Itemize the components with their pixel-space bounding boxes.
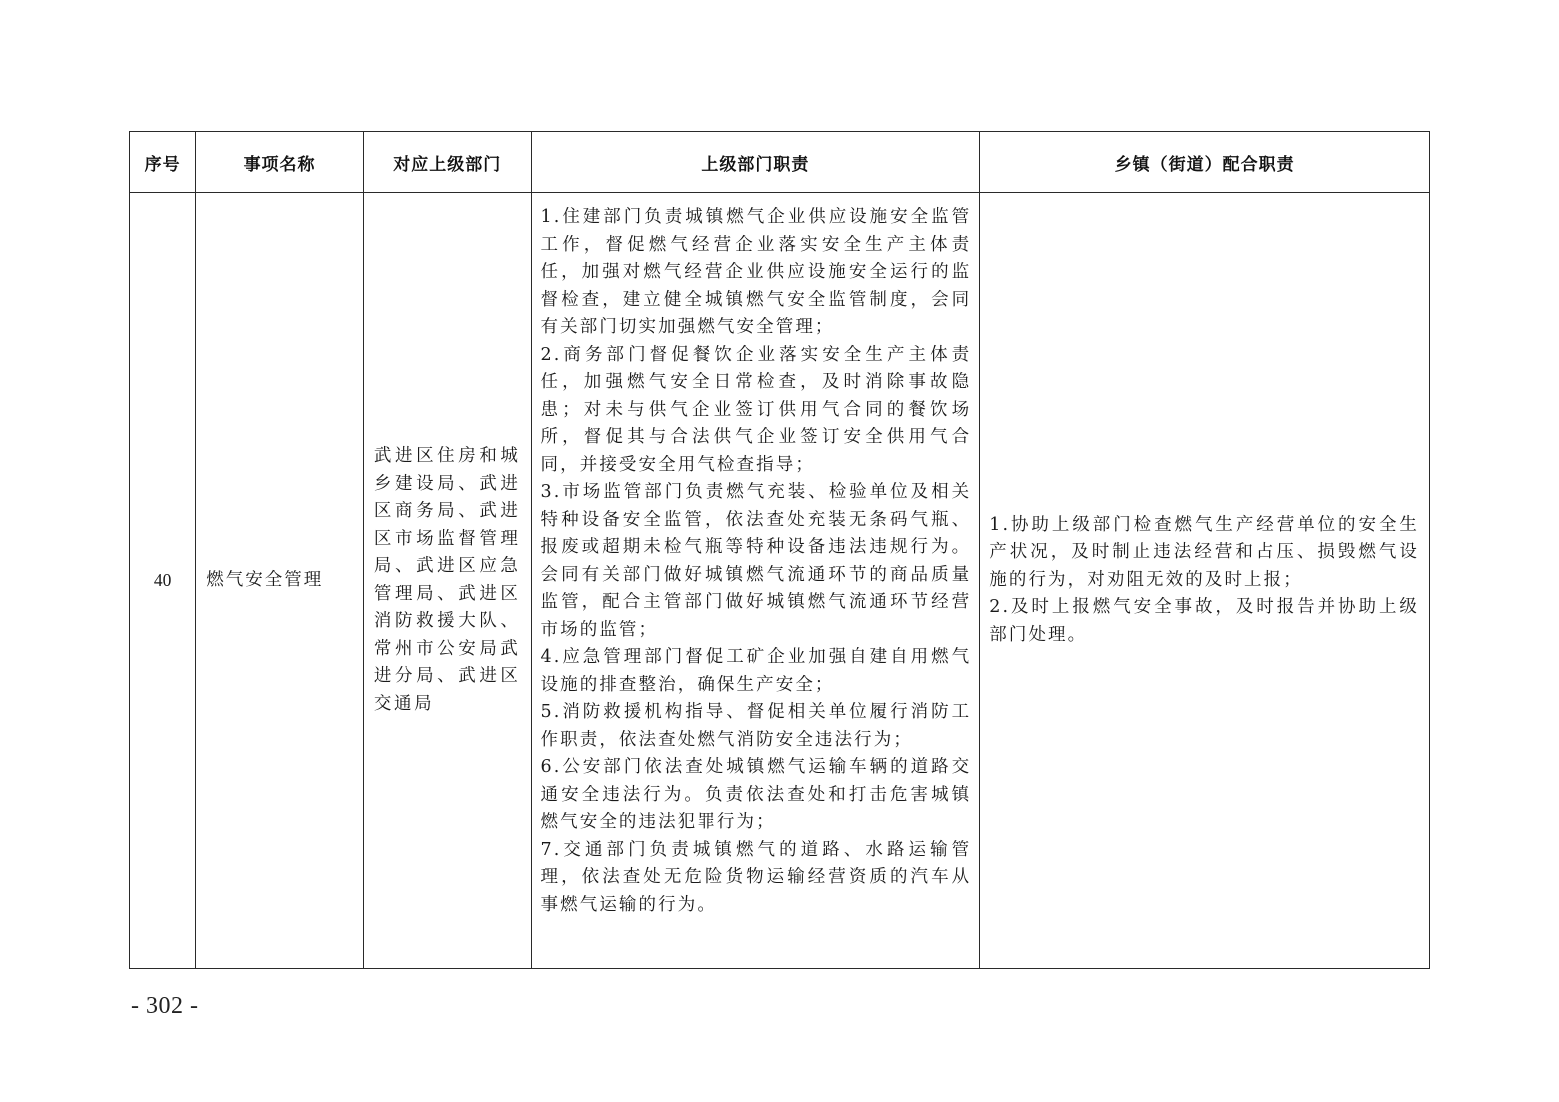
header-row: 序号 事项名称 对应上级部门 上级部门职责 乡镇（街道）配合职责 (130, 132, 1430, 193)
superior-duty-item: 3.市场监管部门负责燃气充装、检验单位及相关特种设备安全监管，依法查处充装无条码… (541, 479, 972, 644)
duty-table: 序号 事项名称 对应上级部门 上级部门职责 乡镇（街道）配合职责 40 燃气安全… (129, 131, 1430, 969)
header-township-duties: 乡镇（街道）配合职责 (980, 132, 1430, 193)
cell-no: 40 (130, 193, 196, 969)
cell-superior-duties: 1.住建部门负责城镇燃气企业供应设施安全监管工作，督促燃气经营企业落实安全生产主… (531, 193, 980, 969)
superior-duty-item: 2.商务部门督促餐饮企业落实安全生产主体责任，加强燃气安全日常检查，及时消除事故… (541, 342, 972, 480)
header-item-name: 事项名称 (196, 132, 364, 193)
superior-duty-item: 1.住建部门负责城镇燃气企业供应设施安全监管工作，督促燃气经营企业落实安全生产主… (541, 204, 972, 342)
superior-duty-item: 6.公安部门依法查处城镇燃气运输车辆的道路交通安全违法行为。负责依法查处和打击危… (541, 754, 972, 837)
page-number: - 302 - (131, 993, 198, 1020)
superior-duty-item: 5.消防救援机构指导、督促相关单位履行消防工作职责，依法查处燃气消防安全违法行为… (541, 699, 972, 754)
township-duty-item: 2.及时上报燃气安全事故，及时报告并协助上级部门处理。 (989, 594, 1419, 649)
table-row: 40 燃气安全管理 武进区住房和城乡建设局、武进区商务局、武进区市场监督管理局、… (130, 193, 1430, 969)
document-page: 序号 事项名称 对应上级部门 上级部门职责 乡镇（街道）配合职责 40 燃气安全… (0, 0, 1559, 1102)
header-superior-department: 对应上级部门 (363, 132, 531, 193)
cell-item-name: 燃气安全管理 (196, 193, 364, 969)
superior-duty-item: 7.交通部门负责城镇燃气的道路、水路运输管理，依法查处无危险货物运输经营资质的汽… (541, 837, 972, 920)
table-header: 序号 事项名称 对应上级部门 上级部门职责 乡镇（街道）配合职责 (130, 132, 1430, 193)
header-no: 序号 (130, 132, 196, 193)
superior-duty-item: 4.应急管理部门督促工矿企业加强自建自用燃气设施的排查整治，确保生产安全； (541, 644, 972, 699)
township-duty-item: 1.协助上级部门检查燃气生产经营单位的安全生产状况，及时制止违法经营和占压、损毁… (989, 512, 1419, 595)
header-superior-duties: 上级部门职责 (531, 132, 980, 193)
cell-superior-department: 武进区住房和城乡建设局、武进区商务局、武进区市场监督管理局、武进区应急管理局、武… (363, 193, 531, 969)
cell-township-duties: 1.协助上级部门检查燃气生产经营单位的安全生产状况，及时制止违法经营和占压、损毁… (980, 193, 1430, 969)
table-body: 40 燃气安全管理 武进区住房和城乡建设局、武进区商务局、武进区市场监督管理局、… (130, 193, 1430, 969)
